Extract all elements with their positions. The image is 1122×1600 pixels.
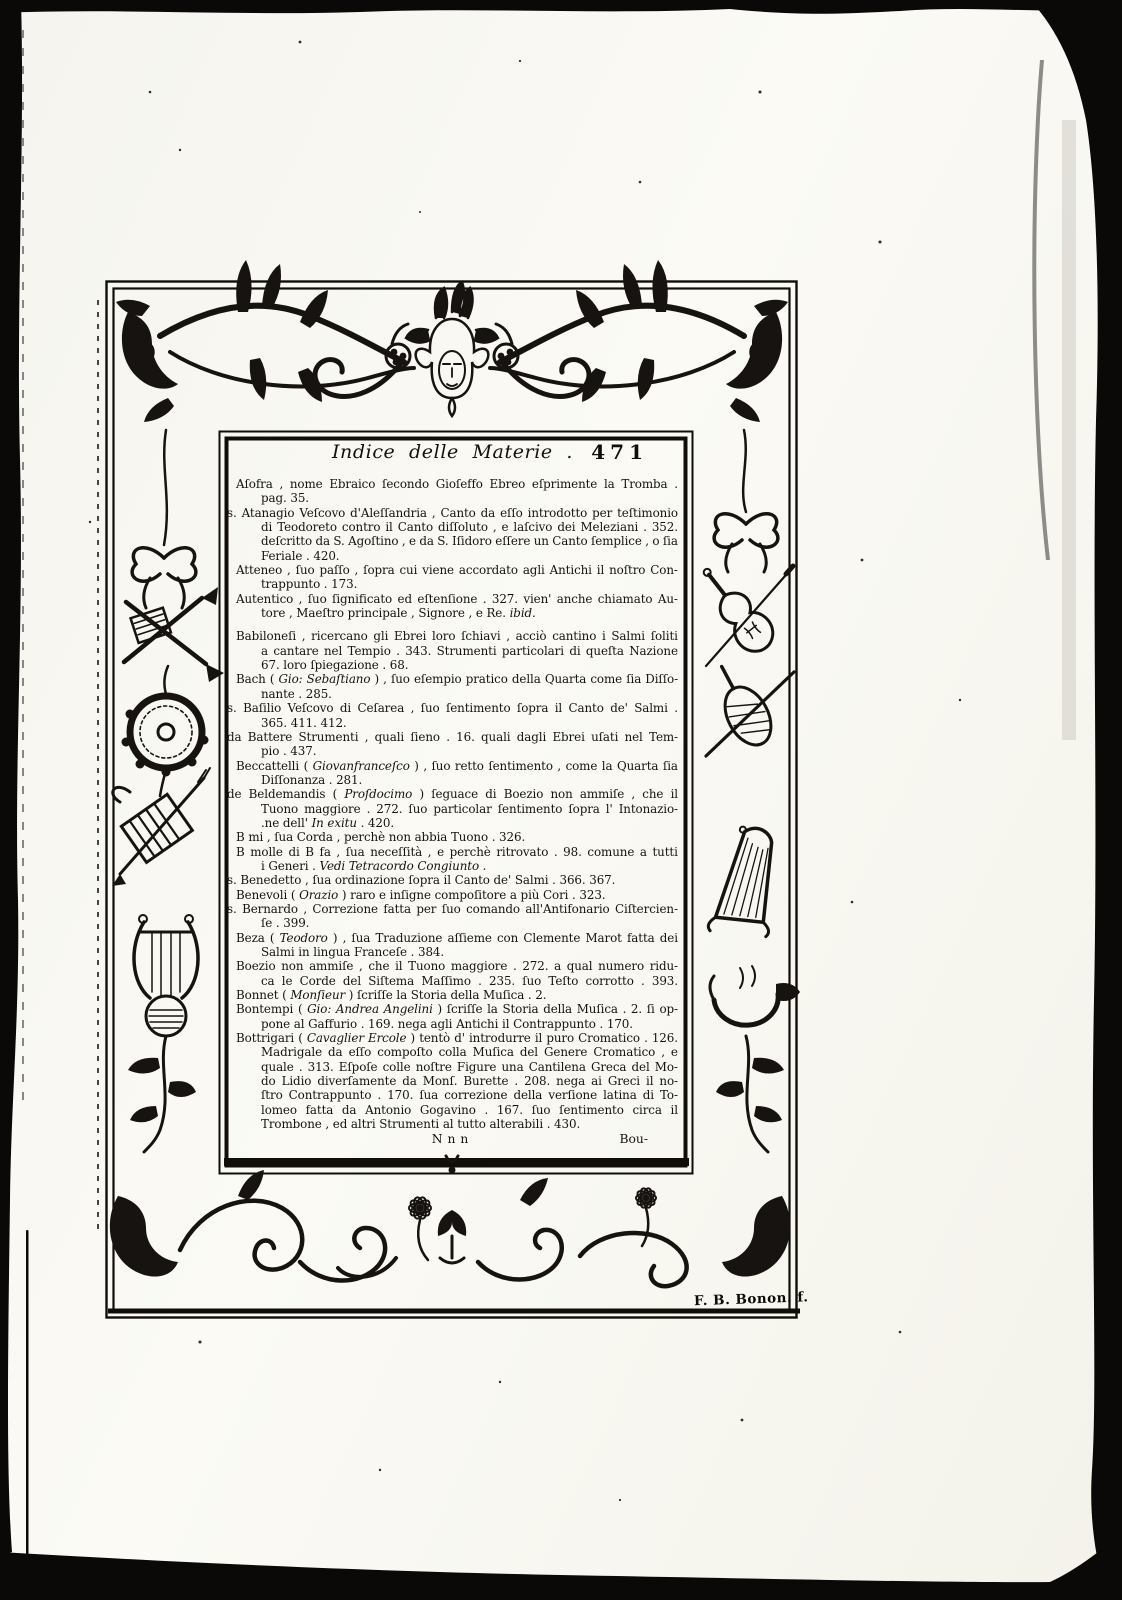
index-line: ſtroContrappunto.170.ſuacorrezionedellav… (227, 1088, 678, 1102)
index-line: tore , Maeſtro principale , Signore , e … (227, 606, 678, 620)
violin-icon (690, 558, 793, 666)
top-ornament-band (116, 260, 788, 422)
index-line: acantarenelTempio.343.Strumentiparticola… (227, 644, 678, 658)
hunting-horn-icon (710, 966, 800, 1025)
scanned-book-page: Indice delle Materie . 471 Aſofra,nomeEb… (0, 0, 1122, 1600)
index-line: s.Bernardo,Correzionefattaperſuocomandoa… (227, 902, 678, 916)
lute-icon (704, 657, 794, 756)
corner-leaf-cluster-icon (722, 1196, 790, 1277)
index-line: Beccattelli(Giovanfranceſco),ſuorettoſen… (227, 759, 678, 773)
lyre-icon (134, 915, 198, 1036)
index-line: deſcrittodaS.Agoſtino,edaS.Iſidoroeſſere… (227, 534, 678, 548)
index-line: Salmi in lingua Franceſe . 384. (227, 945, 678, 959)
mask-face-icon (406, 282, 498, 416)
index-line: pio . 437. (227, 744, 678, 758)
index-line: Feriale . 420. (227, 549, 678, 563)
gathering-signature: Nnn (227, 1132, 678, 1147)
index-line: Tuonomaggiore.272.ſuoparticolarſentiment… (227, 802, 678, 816)
leaf-sprig-icon (716, 1036, 784, 1152)
index-line: 365. 411. 412. (227, 716, 678, 730)
index-line: trappunto . 173. (227, 577, 678, 591)
index-line: deBeldemandis(Proſdocimo)ſeguacediBoezio… (227, 787, 678, 801)
index-line: Babiloneſi,ricercanogliEbreiloroſchiavi,… (227, 629, 678, 643)
index-line: MadrigaledaeſſocompoſtocollaMuſicadelGen… (227, 1045, 678, 1059)
right-ornament-band (690, 430, 800, 1152)
index-line: s. Benedetto , ſua ordinazione ſopra il … (227, 873, 678, 887)
index-line: diTeodoretocontroilCantodiſſoluto,elaſci… (227, 520, 678, 534)
index-line: ſe . 399. (227, 916, 678, 930)
index-line: Beza(Teodoro),ſuaTraduzioneaſſiemeconCle… (227, 931, 678, 945)
index-line: doLidiodiverſamentedaMonſ.Burette.208.ne… (227, 1074, 678, 1088)
section-gap (227, 620, 678, 629)
tambourine-icon (122, 696, 209, 777)
index-entries: Aſofra,nomeEbraicoſecondoGioſeffoEbreoeſ… (227, 477, 678, 1131)
index-line: B mi , ſua Corda , perchè non abbia Tuon… (227, 830, 678, 844)
index-line: Boeziononammiſe,cheilTuonomaggiore.272.a… (227, 959, 678, 973)
index-line: quale.313.EſpoſecollenoſtreFigureunaCant… (227, 1060, 678, 1074)
index-line: BmollediBfa,ſuaneceſſità,eperchèritrovat… (227, 845, 678, 859)
harp-icon (708, 824, 779, 937)
page-number: 471 (591, 440, 648, 464)
index-line: .ne dell' In exitu . 420. (227, 816, 678, 830)
running-head: Indice delle Materie . 471 (227, 441, 678, 465)
ribbon-bow-icon (714, 514, 778, 572)
index-line: Bonnet ( Monſieur ) ſcriſſe la Storia de… (227, 988, 678, 1002)
index-line: Atteneo,ſuopaſſo,ſopracuivieneaccordatoa… (227, 563, 678, 577)
catchword: Bou- (619, 1132, 648, 1147)
index-line: Benevoli ( Orazio ) raro e inſigne compo… (227, 888, 678, 902)
index-page-content: Indice delle Materie . 471 Aſofra,nomeEb… (227, 441, 678, 1147)
corner-leaf-cluster-icon (110, 1196, 178, 1277)
index-line: 67. loro ſpiegazione . 68. (227, 658, 678, 672)
index-line: Trombone , ed altri Strumenti al tutto a… (227, 1117, 678, 1131)
index-line: daBattereStrumenti,qualiſieno.16.qualida… (227, 730, 678, 744)
index-line: pag. 35. (227, 491, 678, 505)
index-line: Bottrigari(CavaglierErcole)tentòd'introd… (227, 1031, 678, 1045)
index-line: lomeofattadaAntonioGogavino.167.ſuoſenti… (227, 1103, 678, 1117)
index-line: nante . 285. (227, 687, 678, 701)
bottom-ornament-band (110, 1156, 790, 1286)
index-line: Bach(Gio:Sebaſtiano),ſuoeſempiopraticode… (227, 672, 678, 686)
index-line: Aſofra,nomeEbraicoſecondoGioſeffoEbreoeſ… (227, 477, 678, 491)
index-line: caleCordedelSiſtemaMaſſimo.235.ſuoTeſtoc… (227, 974, 678, 988)
leaf-sprig-icon (128, 1036, 196, 1152)
left-ornament-band (112, 430, 224, 1152)
index-line: pone al Gaffurio . 169. nega agli Antich… (227, 1017, 678, 1031)
rosette-flower-icon (408, 1196, 432, 1260)
index-line: s.BaſilioVeſcovodiCeſarea,ſuoſentimentoſ… (227, 701, 678, 715)
index-line: Diſſonanza . 281. (227, 773, 678, 787)
index-line: Bontempi(Gio:AndreaAngelini)ſcriſſelaSto… (227, 1002, 678, 1016)
index-line: s.AtanagioVeſcovod'Aleſſandria,Cantodaeſ… (227, 506, 678, 520)
index-line: Autentico,ſuoſignificatoedeſtenſione.327… (227, 592, 678, 606)
index-line: i Generi . Vedi Tetracordo Congiunto . (227, 859, 678, 873)
catchline-row: Nnn Bou- (227, 1132, 678, 1147)
palmette-icon (438, 1156, 466, 1263)
ribbon-bow-icon (132, 548, 196, 608)
crossed-trumpets-icon (124, 587, 224, 682)
